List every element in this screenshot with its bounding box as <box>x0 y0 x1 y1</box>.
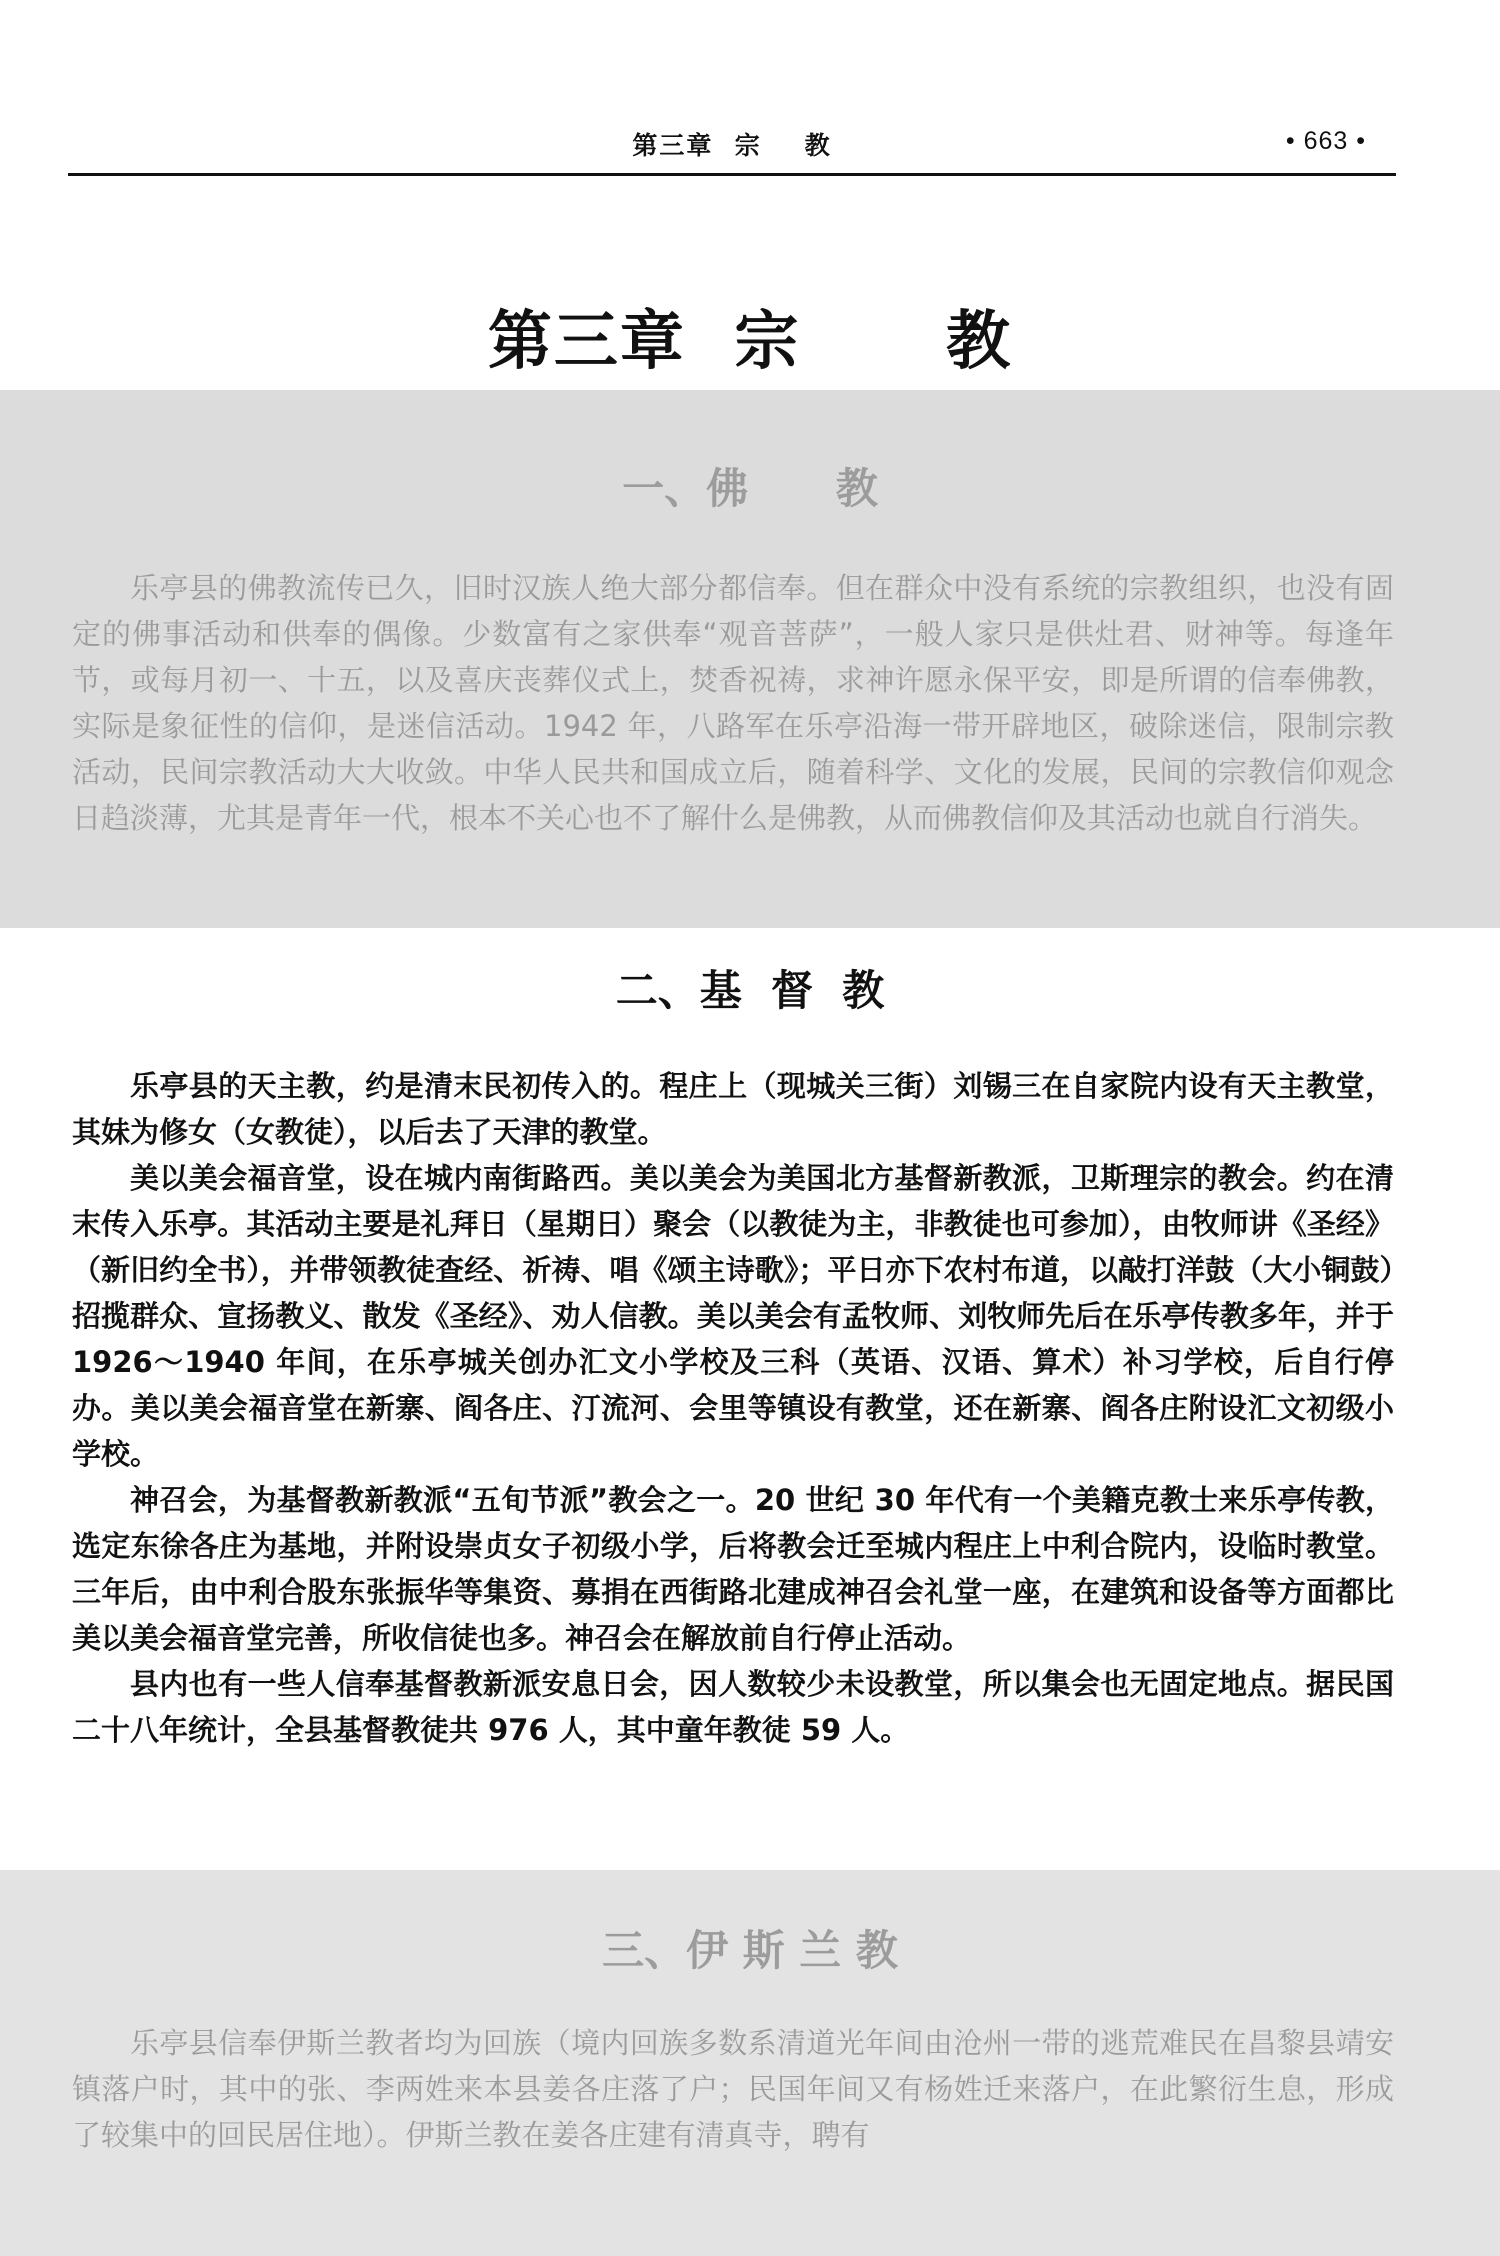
paragraph: 神召会，为基督教新教派“五旬节派”教会之一。20 世纪 30 年代有一个美籍克教… <box>72 1477 1394 1661</box>
paragraph: 乐亭县的天主教，约是清末民初传入的。程庄上（现城关三街）刘锡三在自家院内设有天主… <box>72 1063 1394 1155</box>
chapter-title: 第三章 宗 教 <box>0 290 1500 382</box>
paragraph: 美以美会福音堂，设在城内南街路西。美以美会为美国北方基督新教派，卫斯理宗的教会。… <box>72 1155 1394 1477</box>
running-header: 第三章 宗 教 • 663 • <box>68 112 1396 172</box>
running-title: 第三章 宗 教 <box>68 126 1396 162</box>
section-title-buddhism: 一、佛 教 <box>0 456 1500 516</box>
section-body-islam: 乐亭县信奉伊斯兰教者均为回族（境内回族多数系清道光年间由沧州一带的逃荒难民在昌黎… <box>72 2020 1394 2158</box>
page-number: • 663 • <box>1286 127 1366 156</box>
section-body-christianity: 乐亭县的天主教，约是清末民初传入的。程庄上（现城关三街）刘锡三在自家院内设有天主… <box>72 1063 1394 1753</box>
section-body-buddhism: 乐亭县的佛教流传已久，旧时汉族人绝大部分都信奉。但在群众中没有系统的宗教组织，也… <box>72 565 1394 841</box>
paragraph: 乐亭县的佛教流传已久，旧时汉族人绝大部分都信奉。但在群众中没有系统的宗教组织，也… <box>72 565 1394 841</box>
header-rule <box>68 173 1396 176</box>
section-title-christianity: 二、基 督 教 <box>0 958 1500 1018</box>
paragraph: 县内也有一些人信奉基督教新派安息日会，因人数较少未设教堂，所以集会也无固定地点。… <box>72 1661 1394 1753</box>
section-title-islam: 三、伊 斯 兰 教 <box>0 1918 1500 1978</box>
paragraph: 乐亭县信奉伊斯兰教者均为回族（境内回族多数系清道光年间由沧州一带的逃荒难民在昌黎… <box>72 2020 1394 2158</box>
